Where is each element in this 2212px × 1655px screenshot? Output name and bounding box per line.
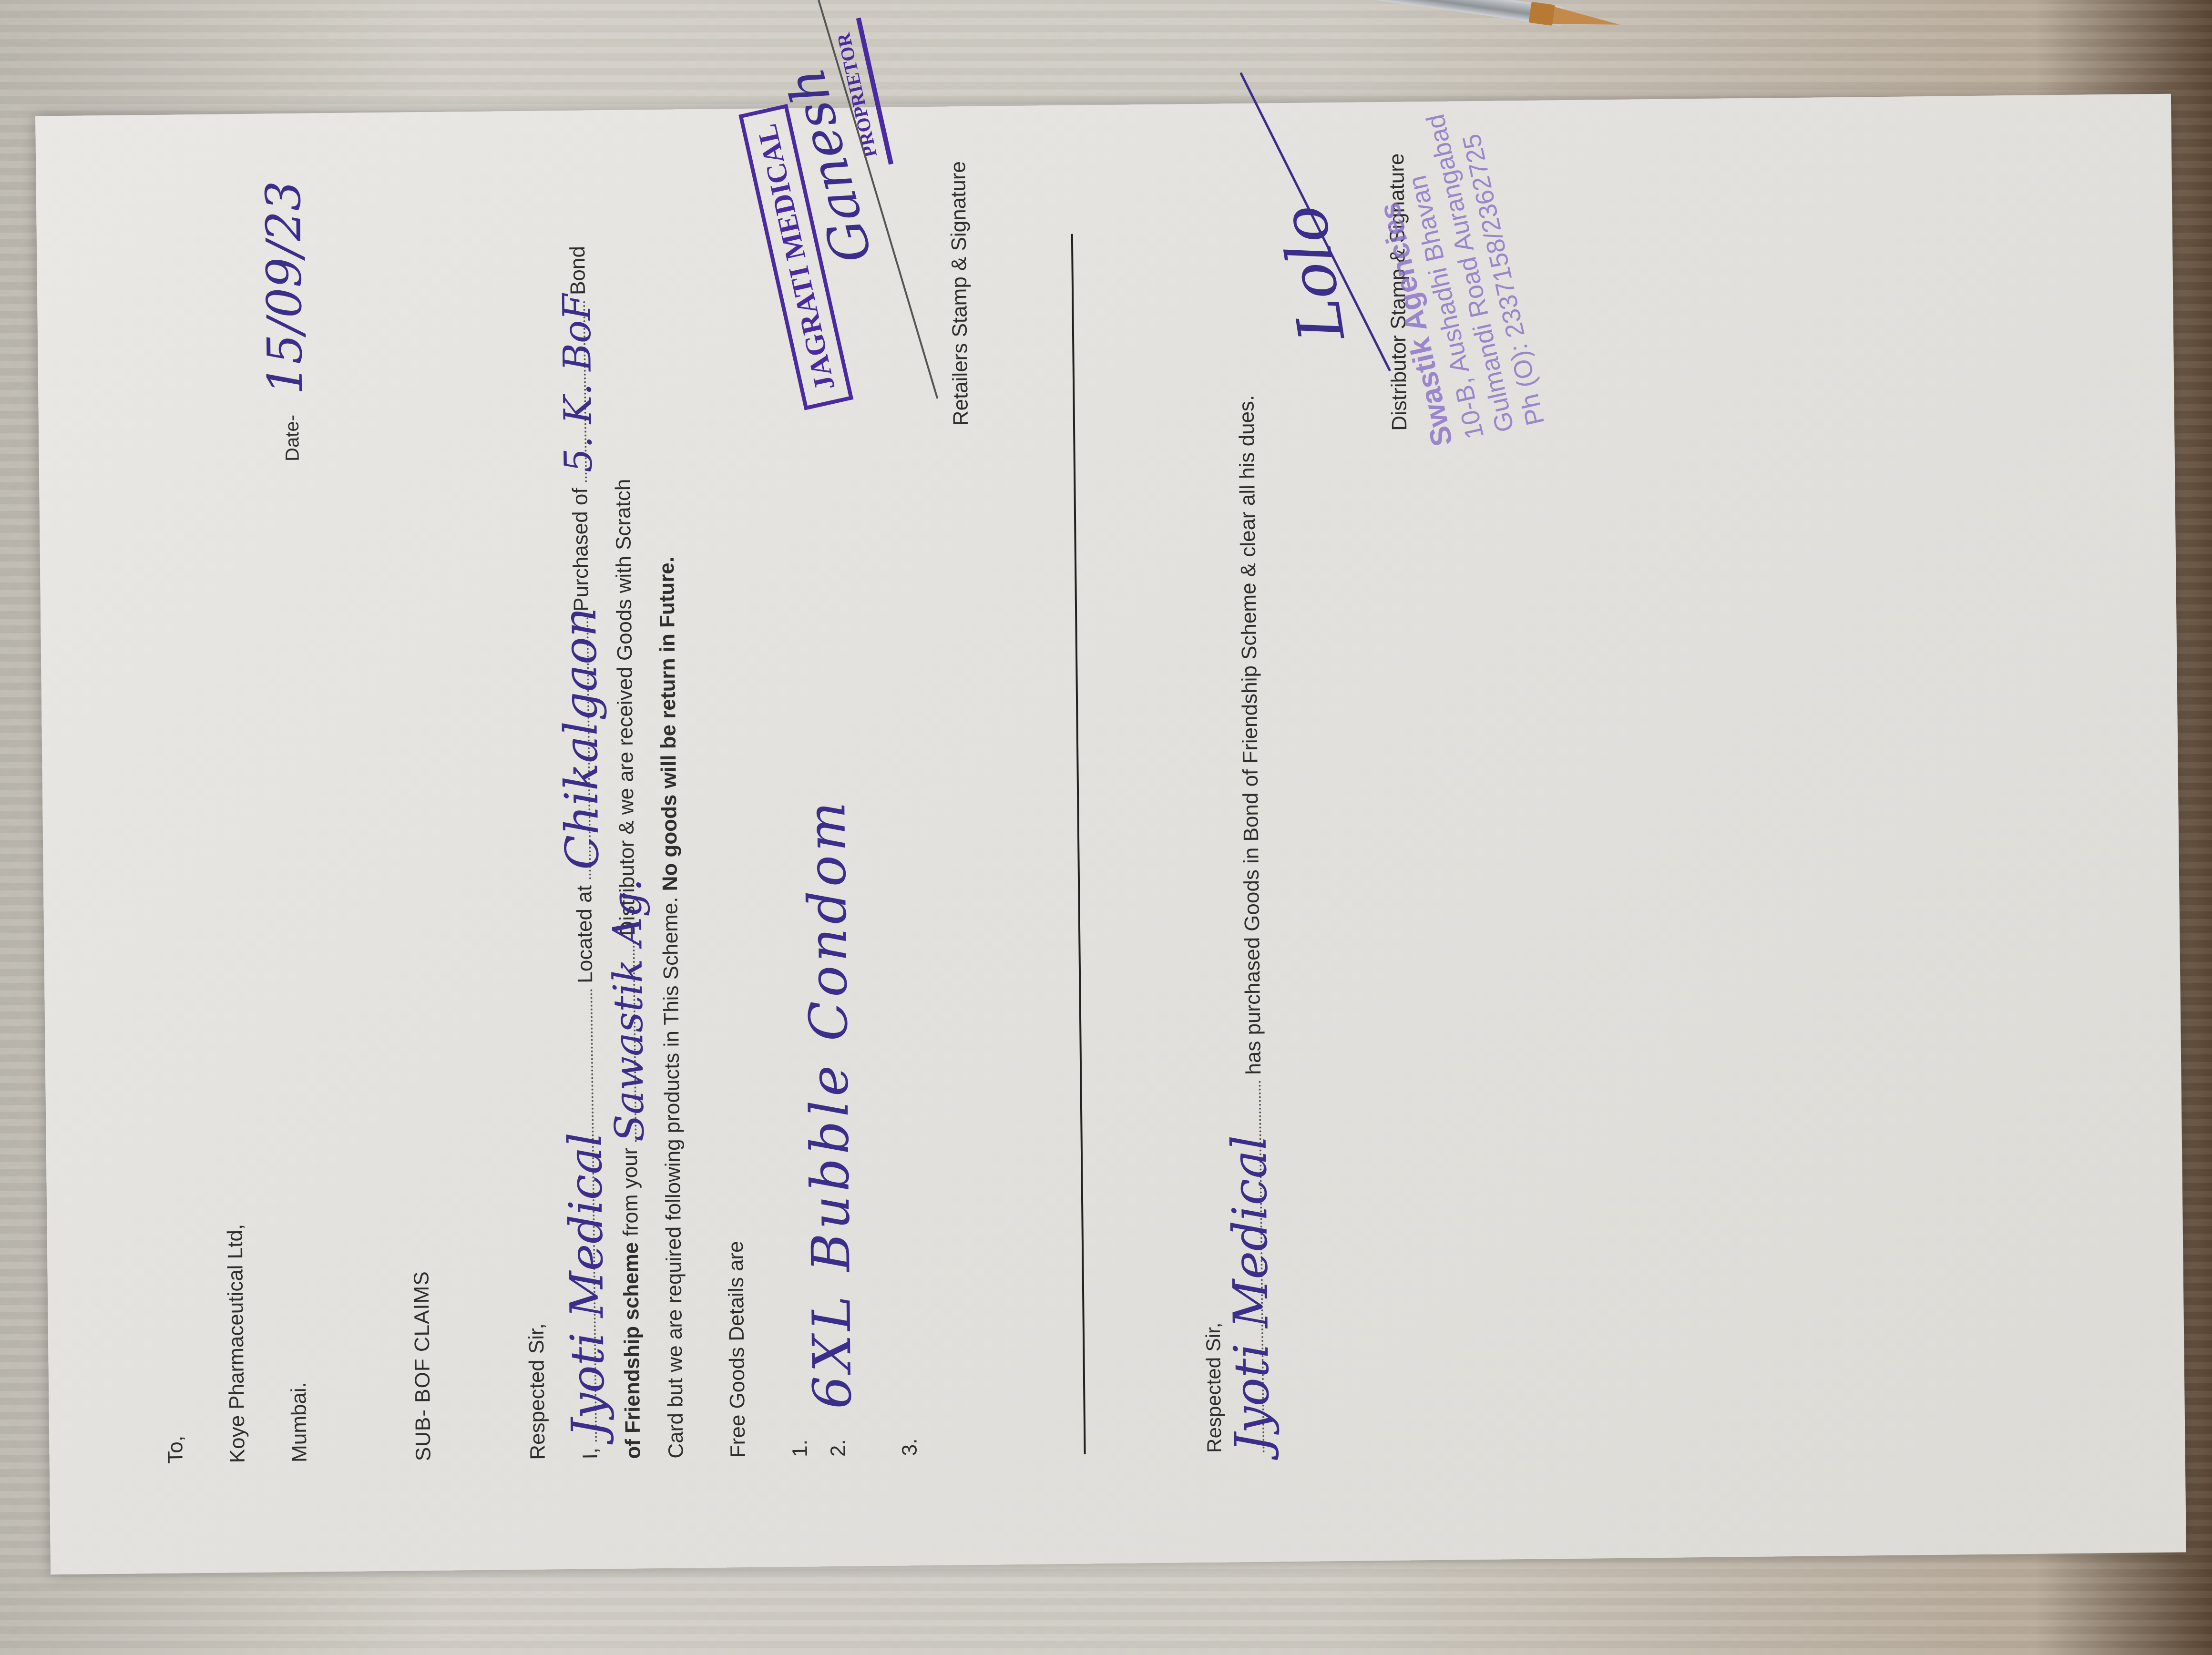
text-distributor-received: Distributor & we are received Goods with… (611, 479, 639, 936)
distributor-field: Sawastik Ag. (633, 941, 636, 1142)
distributor-stamp: Swastik Agencies 10-B, Aushadhi Bhavan G… (1355, 104, 1551, 450)
date-value: 15/09/23 (256, 180, 314, 395)
city: Mumbai. (287, 1382, 312, 1462)
purchase-value-handwritten: 5. K. BoF (554, 294, 601, 473)
retailer-name-handwritten: Jyoti Medical (558, 1132, 615, 1437)
salutation-2: Respected Sir, (1202, 1322, 1226, 1453)
location-handwritten: Chikalgaon (553, 607, 609, 870)
retailer-name-2-handwritten: Jyoti Medical (1221, 1134, 1280, 1452)
claim-letter: To, Koye Pharmaceutical Ltd, Mumbai. Dat… (54, 108, 2167, 1560)
free-goods-num-1: 1. (788, 1440, 812, 1457)
subject-line: SUB- BOF CLAIMS (410, 1271, 436, 1461)
location-field: Chikalgaon (586, 617, 591, 879)
text-bond: Bond (566, 246, 590, 295)
text-card-required: Card but we are required following produ… (658, 897, 687, 1458)
confirmation-text: has purchased Goods in Bond of Friendshi… (1235, 395, 1265, 1075)
free-goods-num-3: 3. (898, 1439, 922, 1456)
paragraph-line-2: of Friendship scheme from your Sawastik … (611, 479, 645, 1459)
paragraph-line-3: Card but we are required following produ… (655, 557, 688, 1459)
paragraph-line-1: I, Jyoti Medical Located at Chikalgaon P… (566, 246, 603, 1460)
free-goods-num-2: 2. (826, 1439, 850, 1457)
retailer-name-field: Jyoti Medical (590, 989, 597, 1442)
free-goods-heading: Free Goods Details are (724, 1241, 750, 1458)
company-name: Koye Pharmaceutical Ltd, (223, 1224, 249, 1463)
text-friendship-scheme: of Friendship scheme (619, 1242, 645, 1459)
text-no-return: No goods will be return in Future. (655, 557, 682, 891)
purchase-field: 5. K. BoF (583, 301, 587, 482)
salutation: Respected Sir, (525, 1323, 550, 1460)
distributor-signature: Lolo (1267, 201, 1359, 346)
to-label: To, (164, 1436, 188, 1464)
date-label: Date- (282, 415, 304, 461)
retailer-stamp-label: Retailers Stamp & Signature (946, 161, 973, 426)
free-goods-item-2: 6XL Bubble Condom (796, 797, 863, 1410)
section-divider (1071, 234, 1086, 1454)
paper-sheet: To, Koye Pharmaceutical Ltd, Mumbai. Dat… (35, 94, 2186, 1575)
confirmation-line: Jyoti Medical has purchased Goods in Bon… (1235, 395, 1270, 1453)
retailer-name-field-2: Jyoti Medical (1259, 1081, 1264, 1452)
text-located-at: Located at (573, 885, 597, 983)
text-purchased-of: Purchased of (568, 488, 593, 612)
text-i: I, (578, 1448, 602, 1460)
text-from-your: from your (618, 1148, 643, 1236)
distributor-handwritten: Sawastik Ag. (604, 879, 653, 1142)
